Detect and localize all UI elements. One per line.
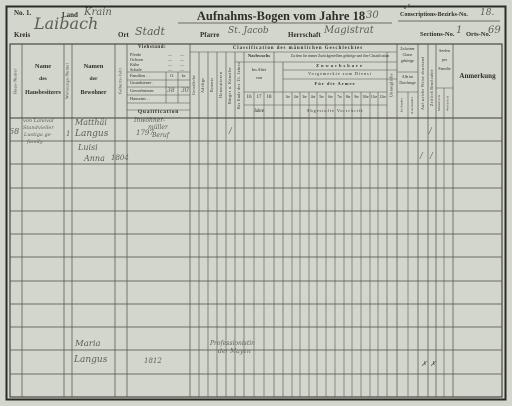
age-class-label: 1te <box>283 96 292 100</box>
entry-tally-mark: / <box>430 152 433 160</box>
grundsteuer-label: Grundsteuer . <box>130 81 153 86</box>
right-groupD-title-1: Seelen <box>436 49 453 53</box>
entry-occupation-line: Beruf <box>152 133 169 139</box>
entry-owner-line: Standvieller <box>23 126 54 131</box>
kreis-value: Laibach <box>34 16 98 32</box>
entry-dwelling-number: 1 <box>66 131 70 138</box>
zuwachsbare-label: Zuwachsbare <box>283 64 397 69</box>
right-colC-label: Zeitlich Beurlaubte <box>428 56 436 118</box>
right-groupD-sub-maennlich: Männlich <box>436 88 444 118</box>
pfarre-label: Pfarre <box>200 32 219 39</box>
im-alter-label: Im Alter <box>244 68 274 73</box>
classification-title: Classification des männlichen Geschlecht… <box>199 46 397 51</box>
right-groupD-title-2: per <box>436 58 453 62</box>
ort-value: Stadt <box>135 26 165 37</box>
age-18-label: 18 <box>264 95 274 100</box>
entry-occupation-line: Professionistin <box>210 341 255 347</box>
orts-no-label: Orts-No. <box>466 32 490 39</box>
col-header-birth-year: Geburts-Jahr <box>115 44 127 118</box>
entry-owner-line: von Lanoval <box>23 119 54 124</box>
age-17-label: 17 <box>254 95 264 100</box>
entry-inhabitant-name: Matthäi <box>75 119 107 127</box>
right-colB-label: Auf welche Weise abwesend <box>418 48 428 118</box>
right-groupA-note-1: Zu keiner <box>397 48 418 52</box>
age-class-label: 7te <box>335 96 344 100</box>
conscription-district-value: 18. <box>480 9 494 18</box>
herrschaft-label: Herrschaft <box>288 32 321 39</box>
vorgemerkte-label: Vorgemerkte zum Dienst <box>283 72 397 76</box>
classification-col-buerger: Bürger u. Künstler <box>226 52 235 118</box>
right-groupD-sub-weiblich: Weiblich <box>444 88 453 118</box>
right-groupA-mid-1: Alle im <box>397 76 418 80</box>
entry-inhabitant-name: Maria <box>75 340 101 349</box>
classification-col-under15: Bis Ende des 15. Jahres <box>235 52 244 118</box>
herrschaft-value: Magistrat <box>324 26 374 36</box>
form-number: No. 1. <box>14 10 31 17</box>
classification-col-adelige: Adelige <box>199 52 208 118</box>
col-header-owner-2: des <box>22 77 64 83</box>
right-groupA-note-2: Classe <box>397 54 418 58</box>
entry-birth-year: 1804 <box>111 155 129 162</box>
form-paper: No. 1. Land Krain Aufnahms-Bogen vom Jah… <box>0 0 512 406</box>
col-header-dwelling-no: Wohnungs-Numer <box>64 44 72 118</box>
col-header-inhabitants-2: der <box>72 77 115 83</box>
hauszins-label: Hauszins . . <box>130 97 150 102</box>
entry-tally-mark: ✗ <box>430 361 436 368</box>
scanned-census-form-page: No. 1. Land Krain Aufnahms-Bogen vom Jah… <box>0 0 512 406</box>
age-class-label: 8te <box>344 96 352 100</box>
age-class-label: 4te <box>309 96 317 100</box>
pfarre-value: St. Jacob <box>228 27 269 36</box>
age-class-label: 9te <box>352 96 361 100</box>
gewerbsteuer-label: Gewerbsteuer <box>130 89 154 94</box>
col-header-inhabitants-1: Namen <box>72 64 115 71</box>
livestock-title: Viehstand: <box>138 45 166 50</box>
form-title: Aufnahms-Bogen vom Jahre 18 <box>178 10 384 23</box>
age-class-label: 10te <box>361 96 370 100</box>
ort-label: Ort <box>118 32 129 39</box>
entry-occupation-line: müller <box>148 125 168 131</box>
tax-kreuzer-value: 30 <box>181 88 189 94</box>
livestock-row: Schafe—— <box>130 68 188 73</box>
age-class-label: 11te <box>370 96 378 100</box>
qualification-col-label: Qualification <box>127 110 190 116</box>
conscription-district-label: Conscriptions-Bezirks-No. <box>400 12 468 18</box>
entry-birth-year: 1812 <box>144 358 162 365</box>
fuer-die-armee-label: Für die Armee <box>283 82 387 87</box>
classification-col-untaugliche: Untaugliche <box>387 52 397 118</box>
age-class-label: 5te <box>317 96 326 100</box>
entry-owner-line: Lustiga ge- <box>24 133 52 138</box>
kreis-label: Kreis <box>14 32 30 39</box>
entry-inhabitant-name: Langus <box>75 130 108 139</box>
right-groupD-title-3: Familie <box>436 67 453 71</box>
familien-label: Familien . . <box>130 74 150 79</box>
entry-inhabitant-name: Luisi <box>78 144 98 152</box>
col-header-owner-3: Hausbesitzers <box>22 90 64 96</box>
tax-florin-value: 38 <box>167 88 175 94</box>
right-groupA-note-3: gehörige <box>397 60 418 64</box>
right-groupA-sub-auslaender: Ausländer <box>408 92 418 118</box>
age-class-label: 6te <box>326 96 335 100</box>
jahre-label: Jahre <box>244 109 274 114</box>
age-class-label: 2te <box>292 96 300 100</box>
right-groupA-mid-2: Durchzuge <box>397 82 418 86</box>
entry-tally-mark: / <box>429 127 432 135</box>
livestock-value: — <box>164 68 176 73</box>
classification-col-beamte: Beamte <box>208 52 217 118</box>
entry-tally-mark: / <box>420 152 423 160</box>
livestock-label: Schafe <box>130 68 164 73</box>
col-header-owner-1: Name <box>22 64 64 71</box>
col-header-inhabitants-3: Bewohner <box>72 90 115 96</box>
livestock-value: — <box>176 68 188 73</box>
title-year-value: 30 <box>366 11 379 21</box>
nachwuchs-label: Nachwuchs <box>244 54 274 59</box>
age-class-label: 12te <box>378 96 387 100</box>
right-groupA-sub-inlaender: Inländer <box>397 92 408 118</box>
age-class-label: 3te <box>300 96 309 100</box>
entry-tally-mark: / <box>229 127 232 135</box>
sections-value: 1 <box>456 26 462 36</box>
entry-house-number: 68 <box>9 128 19 136</box>
entry-inhabitant-name: Langus <box>74 356 107 365</box>
kreuzer-col-label: kr. <box>178 74 190 79</box>
age-footer-label: Abgestufte Vorschrift <box>283 109 387 113</box>
sections-label: Sections-No. <box>420 32 454 39</box>
entry-tally-mark: ✗ <box>421 361 427 368</box>
col-header-house-no: Haus-Numer <box>10 44 22 118</box>
florin-col-label: fl. <box>166 74 178 79</box>
von-label: von <box>244 76 274 81</box>
classification-note: Zu dem für immer Zurückgestellten gehöri… <box>284 55 396 59</box>
col-header-remark: Anmerkung <box>453 73 502 80</box>
entry-inhabitant-name: Anna <box>84 155 105 163</box>
age-16-label: 16 <box>244 95 254 100</box>
orts-no-value: 69 <box>488 26 501 36</box>
entry-occupation-line: der Mayen <box>218 349 251 355</box>
entry-owner-line: family <box>27 140 43 145</box>
classification-col-honoratioren: Honoratioren <box>217 52 226 118</box>
classification-col-geistliche: Geistliche <box>190 52 199 118</box>
